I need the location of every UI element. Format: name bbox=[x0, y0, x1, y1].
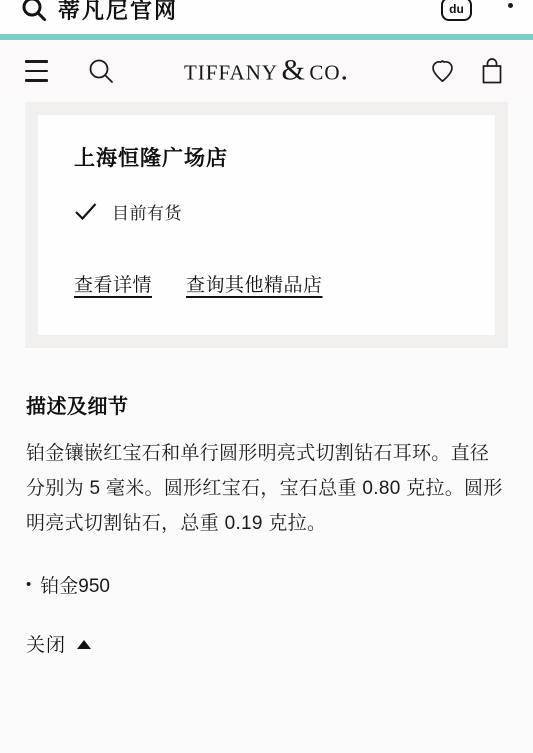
close-label: 关闭 bbox=[26, 630, 66, 657]
tiffany-logo[interactable]: Tiffany & Co. bbox=[184, 53, 349, 87]
material-spec: 铂金950 bbox=[40, 571, 110, 598]
store-availability-panel: 上海恒隆广场店 目前有货 查看详情 查询其他精品店 bbox=[25, 102, 508, 348]
header-actions bbox=[429, 56, 505, 86]
description-section: 描述及细节 铂金镶嵌红宝石和单行圆形明亮式切割钻石耳环。直径分别为 5 毫米。圆… bbox=[0, 348, 533, 657]
bullet-marker bbox=[26, 575, 31, 594]
availability-row: 目前有货 bbox=[74, 199, 467, 224]
store-links: 查看详情 查询其他精品店 bbox=[74, 270, 467, 297]
browser-search-query[interactable]: 蒂凡尼官网 bbox=[58, 0, 178, 25]
shopping-bag-button[interactable] bbox=[479, 56, 505, 86]
browser-address-bar[interactable]: 蒂凡尼官网 du bbox=[0, 0, 533, 34]
description-heading: 描述及细节 bbox=[26, 390, 507, 419]
store-name: 上海恒隆广场店 bbox=[74, 142, 467, 172]
product-description: 铂金镶嵌红宝石和单行圆形明亮式切割钻石耳环。直径分别为 5 毫米。圆形红宝石，宝… bbox=[26, 436, 507, 541]
chevron-up-icon bbox=[77, 640, 91, 649]
checkmark-icon bbox=[74, 202, 98, 221]
site-header: Tiffany & Co. bbox=[0, 40, 533, 102]
availability-status: 目前有货 bbox=[112, 199, 182, 224]
search-icon bbox=[86, 56, 116, 86]
view-details-link[interactable]: 查看详情 bbox=[74, 270, 152, 297]
search-icon bbox=[20, 0, 48, 23]
bag-icon bbox=[479, 56, 505, 86]
list-item: 铂金950 bbox=[26, 571, 507, 598]
browser-tabs-icon[interactable]: du bbox=[441, 0, 472, 21]
check-other-stores-link[interactable]: 查询其他精品店 bbox=[186, 270, 323, 297]
heart-icon bbox=[429, 58, 456, 85]
store-card: 上海恒隆广场店 目前有货 查看详情 查询其他精品店 bbox=[38, 115, 495, 335]
header-search-button[interactable] bbox=[86, 56, 116, 86]
browser-menu-icon[interactable] bbox=[508, 3, 513, 8]
browser-bar-row: 蒂凡尼官网 du bbox=[0, 0, 533, 33]
wishlist-heart-button[interactable] bbox=[429, 58, 456, 85]
hamburger-menu-button[interactable] bbox=[25, 60, 48, 81]
collapse-section-button[interactable]: 关闭 bbox=[26, 630, 91, 657]
